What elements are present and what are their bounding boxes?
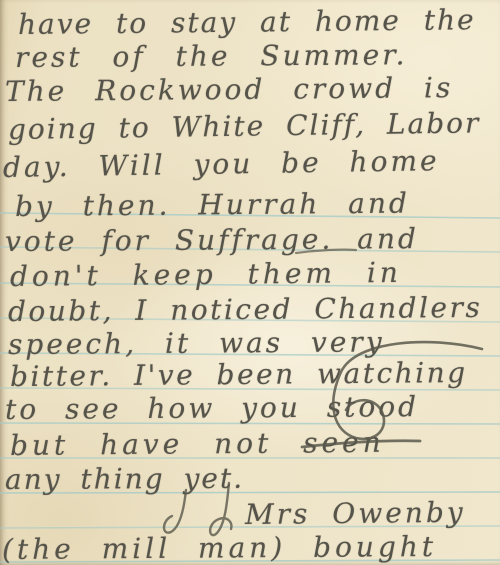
signature-flourish-left [164, 490, 186, 533]
handwriting-line: rest of the Summer. [15, 38, 408, 74]
handwriting-line: bitter. I've been watching [10, 356, 468, 393]
handwriting-line: going to White Cliff, Labor [8, 106, 481, 146]
handwriting-line: don't keep them in [10, 256, 402, 293]
handwriting-line: vote for Suffrage. and [5, 222, 419, 258]
letter-page: have to stay at home the rest of the Sum… [0, 0, 500, 565]
handwriting-line: speech, it was very [8, 325, 385, 361]
handwriting-line: have to stay at home the [18, 3, 476, 41]
handwriting-line: Mrs Owenby [245, 496, 466, 531]
handwriting-line: to see how you stood [5, 390, 419, 426]
handwriting-line: but have not seen [10, 426, 385, 462]
handwriting-line: The Rockwood crowd is [5, 71, 454, 108]
handwriting-line: by then. Hurrah and [15, 187, 410, 223]
handwriting-line: (the mill man) bought [2, 530, 437, 565]
handwriting-line: doubt, I noticed Chandlers [8, 291, 483, 328]
handwriting-line: day. Will you be home [3, 144, 440, 184]
handwriting-line: any thing yet. [5, 462, 244, 496]
